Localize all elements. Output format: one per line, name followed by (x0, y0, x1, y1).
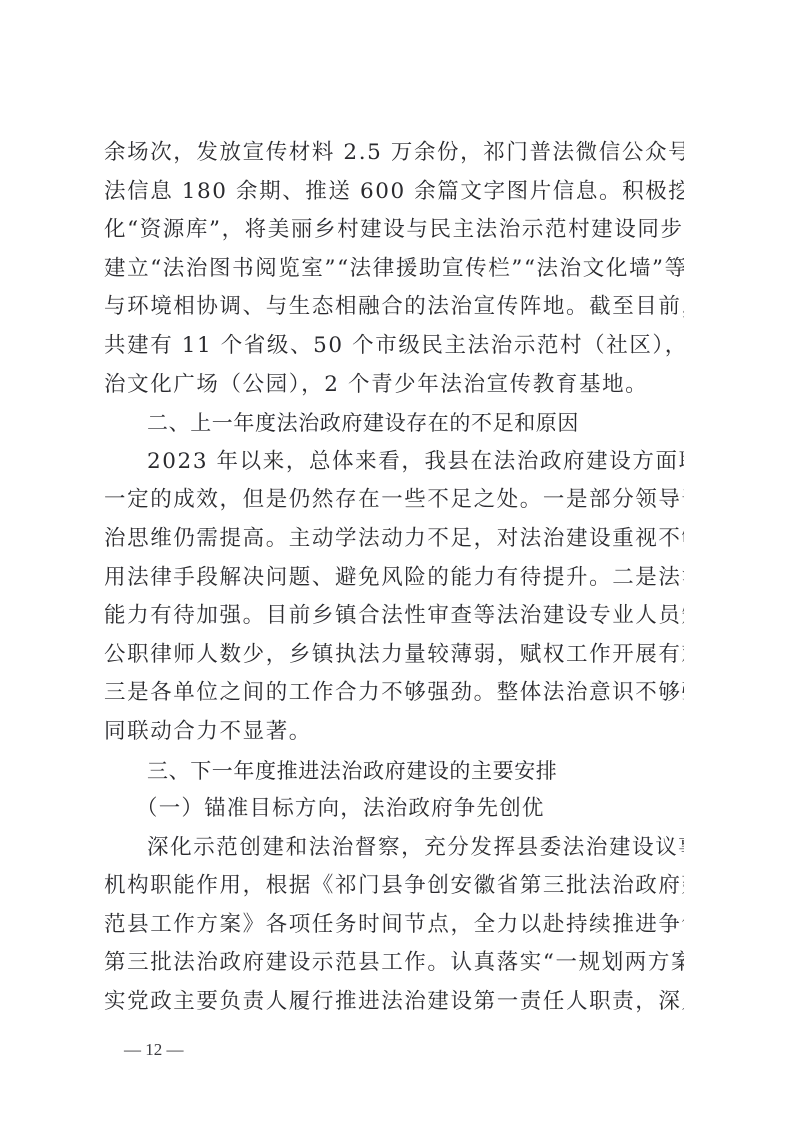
body-line: 余场次，发放宣传材料 2.5 万余份，祁门普法微信公众号更新普 (104, 134, 684, 173)
body-line: 三是各单位之间的工作合力不够强劲。整体法治意识不够强，协 (104, 674, 684, 713)
body-line: 公职律师人数少，乡镇执法力量较薄弱，赋权工作开展有难度。 (104, 636, 684, 675)
body-line: 治思维仍需提高。主动学法动力不足，对法治建设重视不够，运 (104, 520, 684, 559)
body-line: 治文化广场（公园），2 个青少年法治宣传教育基地。 (104, 366, 684, 405)
section-heading-2: 二、上一年度法治政府建设存在的不足和原因 (104, 404, 684, 443)
body-line: 化“资源库”，将美丽乡村建设与民主法治示范村建设同步推进， (104, 211, 684, 250)
body-line: 同联动合力不显著。 (104, 713, 684, 752)
body-line: 用法律手段解决问题、避免风险的能力有待提升。二是法治工作 (104, 559, 684, 598)
page-number: — 12 — (124, 1040, 184, 1060)
section-heading-3: 三、下一年度推进法治政府建设的主要安排 (104, 752, 684, 791)
body-line: 一定的成效，但是仍然存在一些不足之处。一是部分领导干部法 (104, 481, 684, 520)
body-line: 范县工作方案》各项任务时间节点，全力以赴持续推进争创全省 (104, 906, 684, 945)
paragraph-start-line: 深化示范创建和法治督察，充分发挥县委法治建设议事协调 (104, 829, 684, 868)
document-body: 余场次，发放宣传材料 2.5 万余份，祁门普法微信公众号更新普 法信息 180 … (104, 134, 684, 1022)
paragraph-start-line: 2023 年以来，总体来看，我县在法治政府建设方面取得了 (104, 443, 684, 482)
body-line: 与环境相协调、与生态相融合的法治宣传阵地。截至目前，全县 (104, 288, 684, 327)
body-line: 能力有待加强。目前乡镇合法性审查等法治建设专业人员短缺， (104, 597, 684, 636)
body-line: 机构职能作用，根据《祁门县争创安徽省第三批法治政府建设示 (104, 867, 684, 906)
body-line: 共建有 11 个省级、50 个市级民主法治示范村（社区），23 个法 (104, 327, 684, 366)
body-line: 实党政主要负责人履行推进法治建设第一责任人职责，深入开展 (104, 983, 684, 1022)
body-line: 法信息 180 余期、推送 600 余篇文字图片信息。积极挖掘本土文 (104, 173, 684, 212)
body-line: 第三批法治政府建设示范县工作。认真落实“一规划两方案”，压 (104, 944, 684, 983)
document-page: 余场次，发放宣传材料 2.5 万余份，祁门普法微信公众号更新普 法信息 180 … (0, 0, 793, 1122)
body-line: 建立“法治图书阅览室”“法律援助宣传栏”“法治文化墙”等一批 (104, 250, 684, 289)
subsection-heading-1: （一）锚准目标方向，法治政府争先创优 (104, 790, 684, 829)
